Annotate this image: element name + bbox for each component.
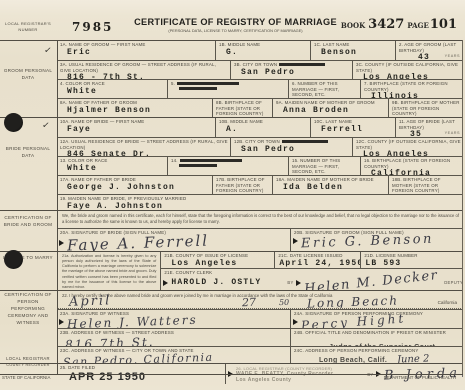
struck-text-bar bbox=[180, 159, 242, 162]
struck-text-bar bbox=[282, 140, 328, 143]
field-local-registrar-label: 26. LOCAL REGISTRAR (COUNTY RECORDER) bbox=[236, 366, 333, 371]
field-bride-maiden-name-value: Faye A. Johnston bbox=[57, 202, 463, 211]
field-groom-county-value: Los Angeles bbox=[353, 73, 463, 79]
field-groom-age: 2. AGE OF GROOM (LAST BIRTHDAY) 43 YEARS bbox=[395, 41, 463, 60]
grid-right-border bbox=[462, 40, 463, 374]
field-groom-last-name: 1c. LAST NAME Benson bbox=[310, 41, 395, 60]
field-groom-county: 3c. COUNTY (IF OUTSIDE CALIFORNIA, GIVE … bbox=[352, 61, 463, 79]
field-groom-mother-name-value: Anna Broden bbox=[273, 106, 388, 115]
sidebar-county-recorder-label: COUNTY RECORDER bbox=[1, 363, 55, 369]
arrow-icon bbox=[296, 280, 301, 286]
field-bride-mother-birthplace-label: 18b. BIRTHPLACE OF MOTHER (STATE OR FORE… bbox=[389, 176, 463, 194]
field-groom-first-name: 1a. NAME OF GROOM — FIRST NAME Eric bbox=[57, 41, 215, 60]
field-bride-residence: 12a. USUAL RESIDENCE OF BRIDE — STREET A… bbox=[57, 138, 230, 156]
field-groom-number-of-marriage-value: 2 bbox=[289, 98, 360, 99]
field-performer-address: 24c. ADDRESS OF PERSON PERFORMING CEREMO… bbox=[290, 347, 463, 363]
certification-statement-cell: We, the bride and groom named in this ce… bbox=[57, 211, 463, 228]
field-bride-father-name-value: George J. Johnston bbox=[57, 183, 212, 192]
license-authorization-cell: 21a. Authorization and license is hereby… bbox=[57, 252, 160, 290]
field-bride-mother-name: 18a. MAIDEN NAME OF MOTHER OF BRIDE Ida … bbox=[272, 176, 388, 194]
field-performer-title-label: 24b. OFFICIAL TITLE AND DENOMINATION IF … bbox=[291, 329, 463, 336]
book-label: BOOK bbox=[341, 21, 365, 30]
field-groom-middle-name-value: G. bbox=[216, 48, 310, 57]
performer-address-handwriting: June 2 bbox=[397, 353, 430, 363]
field-groom-father-name-value: Hjalmer Benson bbox=[57, 106, 212, 115]
sidebar-groom-label: GROOM PERSONAL DATA bbox=[1, 68, 55, 82]
field-bride-mother-birthplace-value: Kansas bbox=[389, 194, 463, 195]
field-groom-race: 4. COLOR OR RACE White bbox=[57, 80, 167, 98]
field-groom-county-label: 3c. COUNTY (IF OUTSIDE CALIFORNIA, GIVE … bbox=[353, 61, 463, 73]
field-bride-father-birthplace-label: 17b. BIRTHPLACE OF FATHER (STATE OR FORE… bbox=[213, 176, 272, 194]
ceremony-statement: 22. I hereby certify that the above name… bbox=[57, 291, 463, 299]
local-registrar-number-label: LOCAL REGISTRAR'S NUMBER bbox=[1, 21, 55, 33]
groom-section: 1a. NAME OF GROOM — FIRST NAME Eric 1b. … bbox=[0, 40, 463, 117]
field-bride-father-birthplace: 17b. BIRTHPLACE OF FATHER (STATE OR FORE… bbox=[212, 176, 272, 194]
field-bride-first-name-value: Faye bbox=[57, 125, 215, 134]
header: LOCAL REGISTRAR'S NUMBER 7985 CERTIFICAT… bbox=[0, 17, 463, 40]
page-label: PAGE bbox=[407, 21, 429, 30]
field-groom-father-birthplace: 8b. BIRTHPLACE OF FATHER (STATE OR FOREI… bbox=[212, 99, 272, 117]
license-section: 21a. Authorization and license is hereby… bbox=[0, 251, 463, 290]
field-groom-city-value: San Pedro bbox=[231, 68, 352, 77]
field-bride-mother-birthplace: 18b. BIRTHPLACE OF MOTHER (STATE OR FORE… bbox=[388, 176, 463, 194]
field-bride-last-name: 10c. LAST NAME Ferrell bbox=[310, 118, 395, 137]
field-groom-residence: 3a. USUAL RESIDENCE OF GROOM — STREET AD… bbox=[57, 61, 230, 79]
footer-state: STATE OF CALIFORNIA bbox=[2, 375, 50, 380]
field-bride-first-name: 10a. NAME OF BRIDE — FIRST NAME Faye bbox=[57, 118, 215, 137]
field-bride-county: 12c. COUNTY (IF OUTSIDE CALIFORNIA, GIVE… bbox=[352, 138, 463, 156]
ceremony-state-printed: California bbox=[438, 300, 457, 305]
field-groom-race-value: White bbox=[57, 87, 167, 96]
arrow-icon bbox=[59, 240, 64, 246]
field-groom-middle-name: 1b. MIDDLE NAME G. bbox=[215, 41, 310, 60]
field-groom-residence-label: 3a. USUAL RESIDENCE OF GROOM — STREET AD… bbox=[57, 61, 230, 73]
certificate-title: CERTIFICATE OF REGISTRY OF MARRIAGE bbox=[128, 17, 343, 27]
struck-text-bar bbox=[177, 82, 239, 85]
certificate-document: LOCAL REGISTRAR'S NUMBER 7985 CERTIFICAT… bbox=[0, 0, 465, 390]
field-bride-middle-name-value: A. bbox=[216, 125, 310, 134]
field-groom-residence-value: 816 - 7th St. bbox=[57, 73, 230, 79]
field-groom-mother-name: 9a. MAIDEN NAME OF MOTHER OF GROOM Anna … bbox=[272, 99, 388, 117]
ceremony-statement-cell: 22. I hereby certify that the above name… bbox=[57, 291, 463, 308]
arrow-icon bbox=[293, 319, 298, 325]
field-bride-number-of-marriage-label: 15. NUMBER OF THIS MARRIAGE — FIRST, SEC… bbox=[289, 157, 360, 175]
sidebar-cert-person-label: CERTIFICATION OF PERSON PERFORMING CEREM… bbox=[1, 292, 55, 326]
field-bride-signature: 20a. SIGNATURE OF BRIDE (SIGN FULL NAME)… bbox=[57, 229, 290, 251]
field-bride-county-label: 12c. COUNTY (IF OUTSIDE CALIFORNIA, GIVE… bbox=[353, 138, 463, 150]
page-number: 101 bbox=[430, 17, 457, 32]
field-groom-mother-birthplace-value: Sweden bbox=[389, 117, 463, 118]
field-bride-race-value: White bbox=[57, 164, 167, 173]
field-groom-mother-birthplace: 9b. BIRTHPLACE OF MOTHER (STATE OR FOREI… bbox=[388, 99, 463, 117]
deputy-label: DEPUTY bbox=[444, 280, 463, 285]
field-groom-number-of-marriage: 6. NUMBER OF THIS MARRIAGE — FIRST, SECO… bbox=[288, 80, 360, 98]
performer-address-stamp: Long Beach, Calif. bbox=[319, 357, 387, 364]
field-groom-marital-status: 5. bbox=[167, 80, 288, 98]
field-groom-city: 3b. CITY OR TOWN San Pedro bbox=[230, 61, 352, 79]
field-bride-father-birthplace-value: Missouri bbox=[213, 194, 272, 195]
certificate-subtitle: (PERSONAL DATA, LICENSE TO MARRY, CERTIF… bbox=[128, 28, 343, 33]
field-bride-age-label: 11. AGE OF BRIDE (LAST BIRTHDAY) bbox=[396, 118, 463, 130]
field-witness-signature: 23a. SIGNATURE OF WITNESS Helen J. Watte… bbox=[57, 310, 290, 328]
field-groom-father-birthplace-value: Sweden bbox=[213, 117, 272, 118]
field-county-clerk: 21e. COUNTY CLERK HAROLD J. OSTLY BY Hel… bbox=[161, 269, 463, 291]
field-county-of-issue: 21b. COUNTY OF ISSUE OF LICENSE Los Ange… bbox=[161, 252, 274, 268]
checkmark: ✓ bbox=[41, 120, 50, 132]
field-groom-mother-name-label: 9a. MAIDEN NAME OF MOTHER OF GROOM bbox=[273, 99, 388, 106]
field-groom-number-of-marriage-label: 6. NUMBER OF THIS MARRIAGE — FIRST, SECO… bbox=[289, 80, 360, 98]
field-groom-marital-status-label: 5. bbox=[168, 80, 288, 92]
field-groom-age-label: 2. AGE OF GROOM (LAST BIRTHDAY) bbox=[396, 41, 463, 53]
field-bride-marital-status: 14. bbox=[167, 157, 288, 175]
sidebar-cert-bride-groom-label: CERTIFICATION OF BRIDE AND GROOM bbox=[1, 215, 55, 229]
field-groom-last-name-value: Benson bbox=[311, 48, 395, 57]
by-label: BY bbox=[287, 280, 293, 285]
field-date-license-issued: 21c. DATE LICENSE ISSUED April 24, 1950 bbox=[274, 252, 360, 268]
sidebar-local-registrar-label: LOCAL REGISTRAR bbox=[1, 356, 55, 362]
field-bride-city-value: San Pedro bbox=[231, 145, 352, 154]
field-county-of-issue-value: Los Angeles bbox=[161, 259, 274, 268]
field-bride-number-of-marriage: 15. NUMBER OF THIS MARRIAGE — FIRST, SEC… bbox=[288, 157, 360, 175]
form-grid: 1a. NAME OF GROOM — FIRST NAME Eric 1b. … bbox=[0, 40, 463, 384]
field-performer-title: 24b. OFFICIAL TITLE AND DENOMINATION IF … bbox=[290, 329, 463, 346]
field-groom-age-unit: YEARS bbox=[445, 54, 460, 58]
field-groom-birthplace: 7. BIRTHPLACE (STATE OR FOREIGN COUNTRY)… bbox=[360, 80, 463, 98]
book-number: 3427 bbox=[368, 17, 404, 32]
certification-statement: We, the bride and groom named in this ce… bbox=[57, 211, 463, 224]
punch-hole bbox=[4, 250, 23, 269]
ceremony-section: 22. I hereby certify that the above name… bbox=[0, 290, 463, 363]
field-bride-residence-label: 12a. USUAL RESIDENCE OF BRIDE — STREET A… bbox=[57, 138, 230, 150]
field-groom-signature: 20b. SIGNATURE OF GROOM (SIGN FULL NAME)… bbox=[290, 229, 463, 251]
arrow-icon bbox=[163, 280, 168, 286]
arrow-icon bbox=[293, 238, 298, 244]
field-bride-residence-value: 846 Senate Dr. bbox=[57, 150, 230, 156]
field-groom-first-name-value: Eric bbox=[57, 48, 215, 57]
grid-left-border bbox=[57, 40, 58, 374]
field-bride-number-of-marriage-value: 1 bbox=[289, 175, 360, 176]
performer-title-stamp: Judge of the Superior Court bbox=[329, 342, 435, 347]
field-bride-last-name-value: Ferrell bbox=[311, 125, 395, 134]
field-bride-birthplace: 16. BIRTHPLACE (STATE OR FOREIGN COUNTRY… bbox=[360, 157, 463, 175]
checkmark: ✓ bbox=[43, 45, 52, 57]
field-bride-age-unit: YEARS bbox=[445, 131, 460, 135]
field-license-number: 21d. LICENSE NUMBER LB 593 bbox=[360, 252, 463, 268]
field-bride-mother-name-value: Ida Belden bbox=[273, 183, 388, 192]
field-bride-marital-status-label: 14. bbox=[168, 157, 288, 169]
field-bride-city: 12b. CITY OR TOWN San Pedro bbox=[230, 138, 352, 156]
field-bride-county-value: Los Angeles bbox=[353, 150, 463, 156]
field-bride-birthplace-label: 16. BIRTHPLACE (STATE OR FOREIGN COUNTRY… bbox=[361, 157, 463, 169]
county-clerk-name: HAROLD J. OSTLY bbox=[171, 278, 261, 287]
ceremony-month-handwriting: April bbox=[69, 293, 112, 308]
field-date-license-issued-value: April 24, 1950 bbox=[275, 259, 360, 268]
struck-text-bar bbox=[279, 63, 325, 66]
field-bride-race: 13. COLOR OR RACE White bbox=[57, 157, 167, 175]
field-bride-middle-name: 10b. MIDDLE NAME A. bbox=[215, 118, 310, 137]
book-page-stamp: BOOK 3427 PAGE 101 bbox=[341, 17, 457, 32]
field-bride-age: 11. AGE OF BRIDE (LAST BIRTHDAY) 35 YEAR… bbox=[395, 118, 463, 137]
field-performer-signature: 24a. SIGNATURE OF PERSON PERFORMING CERE… bbox=[290, 310, 463, 328]
field-groom-birthplace-label: 7. BIRTHPLACE (STATE OR FOREIGN COUNTRY) bbox=[361, 80, 463, 92]
certification-bride-groom-section: We, the bride and groom named in this ce… bbox=[0, 210, 463, 251]
field-bride-maiden-name: 19. MAIDEN NAME OF BRIDE, IF PREVIOUSLY … bbox=[57, 195, 463, 210]
ceremony-day-handwriting: 27 bbox=[242, 296, 256, 308]
license-authorization-text: 21a. Authorization and license is hereby… bbox=[57, 252, 160, 290]
field-groom-mother-birthplace-label: 9b. BIRTHPLACE OF MOTHER (STATE OR FOREI… bbox=[389, 99, 463, 117]
field-groom-birthplace-value: Illinois bbox=[361, 92, 463, 98]
field-license-number-value: LB 593 bbox=[361, 259, 463, 268]
struck-text-bar bbox=[179, 87, 217, 90]
field-groom-father-name: 8a. NAME OF FATHER OF GROOM Hjalmer Bens… bbox=[57, 99, 212, 117]
arrow-icon bbox=[59, 319, 64, 325]
punch-hole bbox=[4, 113, 23, 132]
struck-text-bar bbox=[179, 164, 217, 167]
field-witness-street: 23b. ADDRESS OF WITNESS — STREET ADDRESS… bbox=[57, 329, 290, 346]
local-registrar-number: 7985 bbox=[72, 20, 113, 34]
ceremony-place-handwriting: Long Beach bbox=[307, 293, 399, 308]
field-witness-city: 23c. ADDRESS OF WITNESS — CITY OR TOWN A… bbox=[57, 347, 290, 363]
footer: STATE OF CALIFORNIA DEPARTMENT OF PUBLIC… bbox=[0, 375, 460, 380]
field-bride-mother-name-label: 18a. MAIDEN NAME OF MOTHER OF BRIDE bbox=[273, 176, 388, 183]
bride-section: 10a. NAME OF BRIDE — FIRST NAME Faye 10b… bbox=[0, 117, 463, 210]
sidebar-bride-label: BRIDE PERSONAL DATA bbox=[1, 146, 55, 160]
field-bride-birthplace-value: California bbox=[361, 169, 463, 175]
ceremony-year-handwriting: 50 bbox=[279, 298, 289, 307]
field-bride-father-name: 17a. NAME OF FATHER OF BRIDE George J. J… bbox=[57, 176, 212, 194]
footer-department: DEPARTMENT OF PUBLIC HEALTH bbox=[384, 375, 456, 380]
field-groom-father-birthplace-label: 8b. BIRTHPLACE OF FATHER (STATE OR FOREI… bbox=[213, 99, 272, 117]
